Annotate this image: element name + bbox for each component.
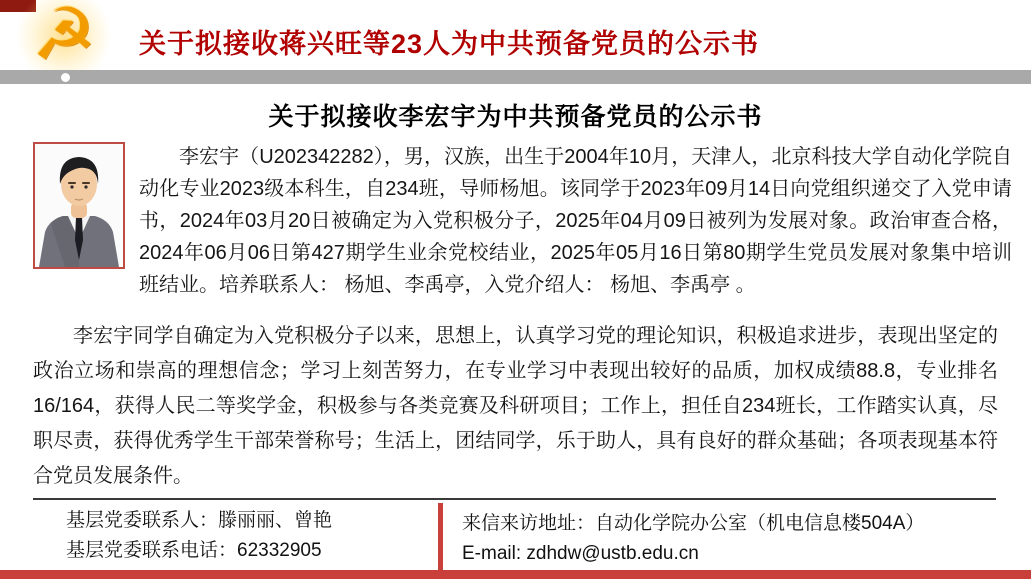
- footer-column-divider: [438, 503, 443, 570]
- header-divider-bar: [0, 70, 1031, 84]
- paragraph-evaluation: 李宏宇同学自确定为入党积极分子以来，思想上，认真学习党的理论知识，积极追求进步，…: [33, 319, 998, 494]
- header-title: 关于拟接收蒋兴旺等23人为中共预备党员的公示书: [139, 22, 999, 61]
- committee-contact-phone: 基层党委联系电话：62332905: [66, 536, 332, 566]
- divider-dot: [61, 73, 70, 82]
- party-emblem-icon: ☭: [16, 0, 112, 80]
- footer-separator-line: [33, 498, 996, 500]
- portrait-photo: [33, 142, 125, 269]
- visit-address: 来信来访地址：自动化学院办公室（机电信息楼504A）: [462, 509, 924, 539]
- footer-contact-right: 来信来访地址：自动化学院办公室（机电信息楼504A） E-mail: zdhdw…: [462, 509, 924, 569]
- announcement-slide: ☭ 关于拟接收蒋兴旺等23人为中共预备党员的公示书 关于拟接收李宏宇为中共预备党…: [0, 0, 1031, 579]
- email-address: E-mail: zdhdw@ustb.edu.cn: [462, 539, 924, 569]
- bottom-accent-bar: [0, 570, 1031, 579]
- paragraph-basic-info: 李宏宇（U202342282），男，汉族，出生于2004年10月，天津人，北京科…: [139, 141, 1012, 301]
- page-title: 关于拟接收李宏宇为中共预备党员的公示书: [0, 97, 1031, 133]
- footer-contact-left: 基层党委联系人：滕丽丽、曾艳 基层党委联系电话：62332905: [66, 506, 332, 566]
- hammer-sickle-glyph: ☭: [32, 0, 97, 70]
- committee-contact-person: 基层党委联系人：滕丽丽、曾艳: [66, 506, 332, 536]
